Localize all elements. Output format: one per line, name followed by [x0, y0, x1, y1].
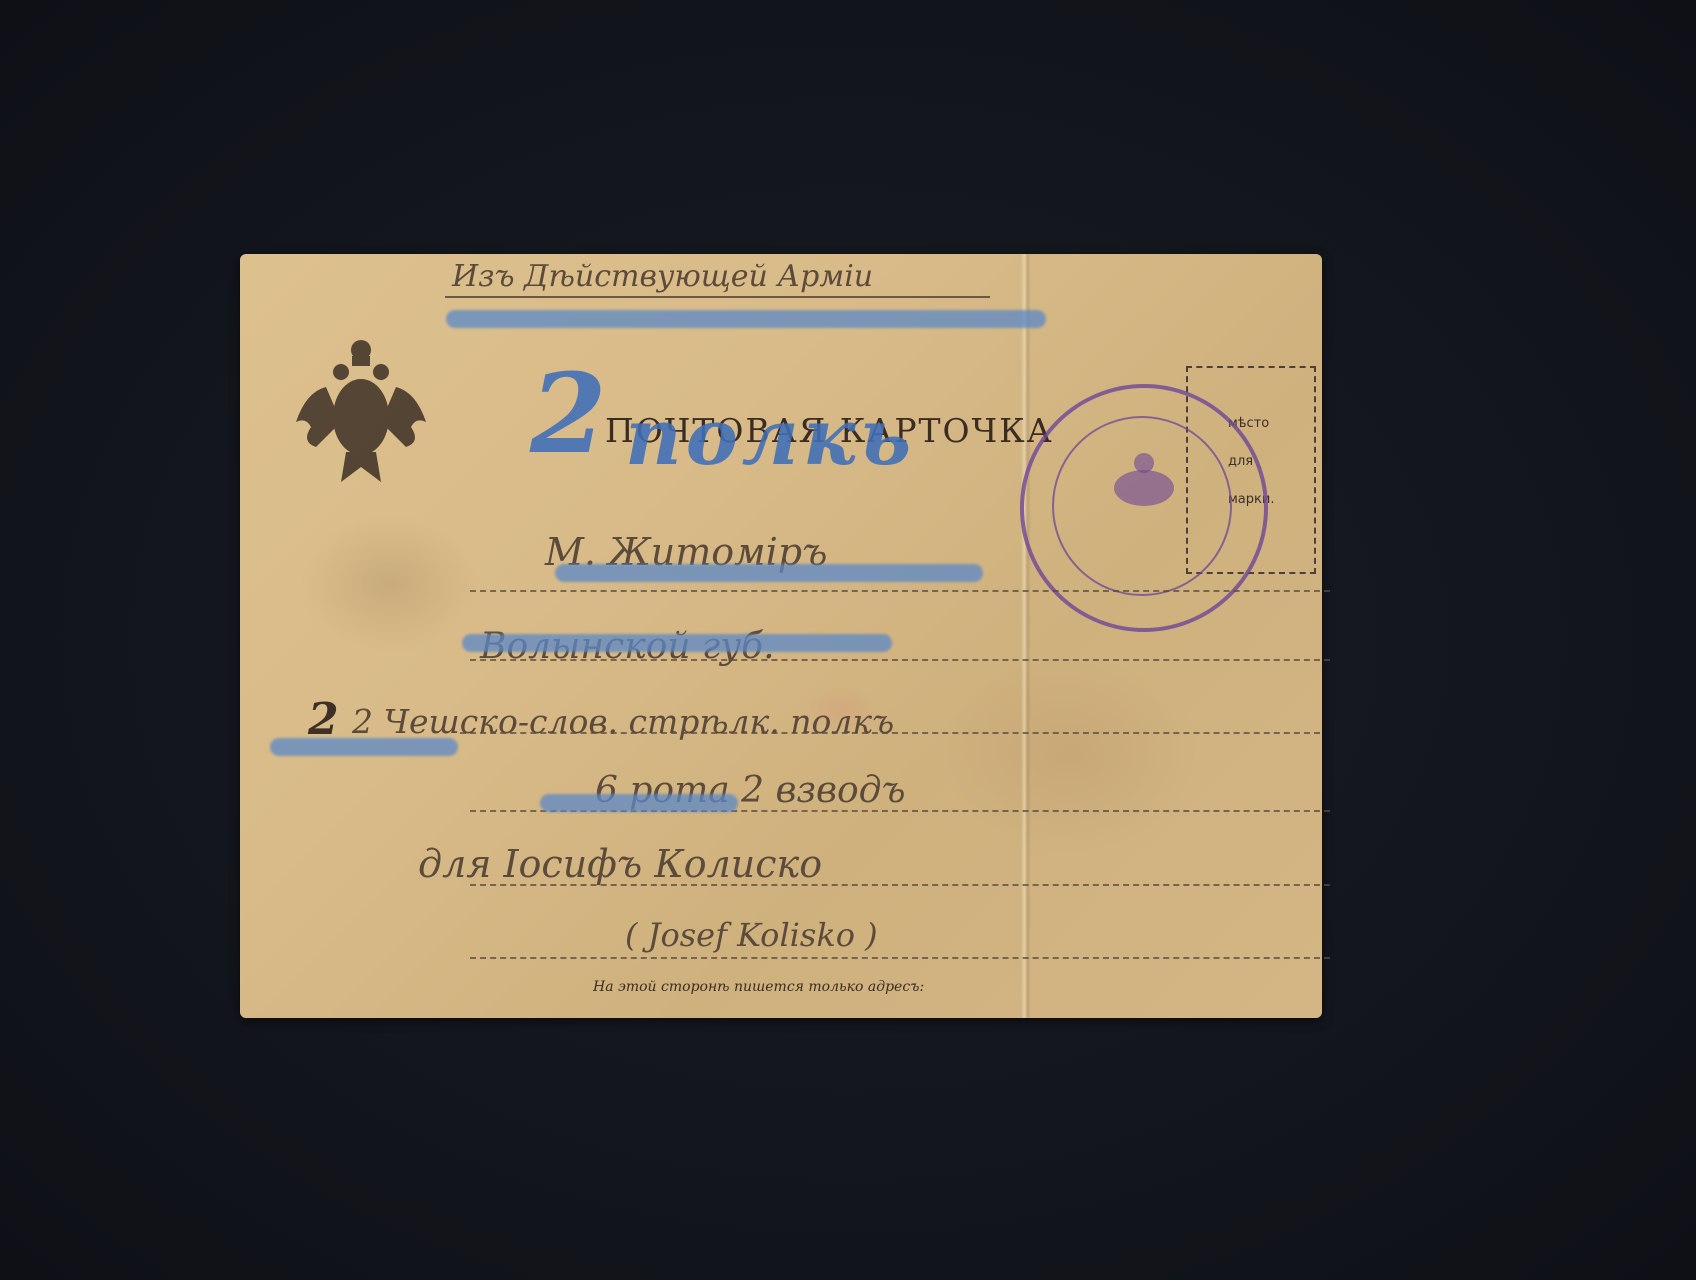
address-recipient: для Іосифъ Колиско	[418, 842, 822, 886]
address-line	[470, 590, 1330, 592]
underline	[445, 296, 990, 298]
blue-strikethrough	[446, 310, 1046, 328]
blue-underline	[540, 794, 738, 812]
blue-number: 2	[530, 349, 607, 478]
footer-note: На этой сторонѣ пишется только адресъ:	[593, 979, 924, 995]
blue-regiment-note: полкь	[625, 392, 915, 483]
stain	[300, 514, 480, 654]
stain	[940, 654, 1200, 854]
blue-underline	[270, 738, 458, 756]
double-headed-eagle-icon	[286, 332, 436, 492]
address-regiment: 2 Чешско-слов. стрѣлк. полкъ	[352, 702, 894, 741]
address-line	[470, 957, 1330, 959]
purple-postmark	[1020, 384, 1268, 632]
postmark-eagle-icon	[1094, 448, 1194, 518]
fold-crease	[1021, 254, 1031, 1018]
handwritten-origin: Изъ Дѣйствующей Арміи	[452, 259, 873, 294]
address-recipient-latin: ( Josef Kolisko )	[625, 916, 878, 954]
blue-strikethrough	[462, 634, 892, 652]
postcard: Изъ Дѣйствующей Арміи ПОЧТОВАЯ КАРТОЧКА …	[240, 254, 1322, 1018]
blue-strikethrough	[555, 564, 983, 582]
